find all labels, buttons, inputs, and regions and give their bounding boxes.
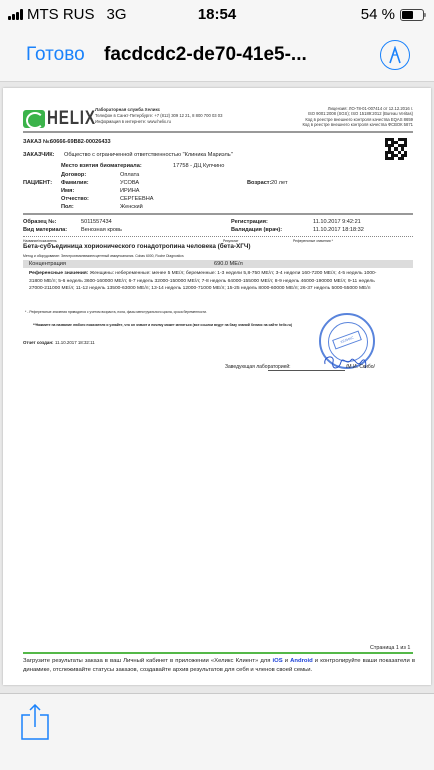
site-value: 17758 - ДЦ Купчино [173,163,224,169]
surname-label: Фамилия: [61,180,89,186]
report-created-value: 11.10.2017 18:32:11 [55,340,95,345]
sample-number-label: Образец №: [23,219,56,225]
signature-icon [321,350,371,374]
registration-label: Регистрация: [231,219,268,225]
footer-divider [23,652,413,654]
document-title: facdcdc2-de70-41e5-... [104,44,307,66]
signature-name: /М.И. Скибо/ [346,364,375,370]
contract-label: Договор: [61,172,86,178]
sex-value: Женский [120,204,143,210]
dotted-divider [23,236,413,237]
footnote-links: **Нажмите на название любого показателя … [33,323,292,327]
param-value: 690.0 МЕ/л [214,261,243,267]
age-label: Возраст: [247,180,271,186]
patronymic-label: Отчество: [61,196,89,202]
footnote-reference: * - Референсные значения приводятся с уч… [25,310,207,314]
header-divider [23,131,413,133]
qr-code-icon [385,138,407,160]
battery-percent: 54 % [361,6,395,23]
done-button[interactable]: Готово [26,44,85,66]
battery-icon [400,9,424,21]
ios-link[interactable]: iOS [273,658,283,664]
bottom-toolbar [0,693,434,770]
material-label: Вид материала: [23,227,67,233]
document-viewer[interactable]: HELIX Лабораторная служба Хеликс Телефон… [0,83,434,693]
app-promo: Загрузите результаты заказа в ваш Личный… [23,657,415,675]
order-number: 60666-69B82-00026433 [50,139,111,145]
contract-value: Оплата [120,172,139,178]
license-info: Лицензия: ЛО-78-01-007414 от 12.12.2016 … [302,106,413,127]
col-header-reference: Референсные значения * [293,239,333,243]
surname-value: УСОВА [120,180,139,186]
order-label: ЗАКАЗ №: [23,139,51,145]
markup-pen-icon[interactable] [380,40,410,70]
customer-value: Общество с ограниченной ответственностью… [64,152,233,158]
sample-number-value: 5011557434 [81,219,112,225]
reference-values: Референсные значения: Женщины: неберемен… [29,270,389,293]
validation-label: Валидация (врач): [231,227,282,233]
param-name[interactable]: Концентрация [29,261,66,267]
material-value: Венозная кровь [81,227,122,233]
helix-logo-icon [23,110,45,128]
site-label: Место взятия биоматериала: [61,163,142,169]
nav-bar: Готово facdcdc2-de70-41e5-... [0,30,434,82]
share-icon[interactable] [20,704,50,740]
customer-label: ЗАКАЗЧИК: [23,152,55,158]
sex-label: Пол: [61,204,74,210]
name-value: ИРИНА [120,188,140,194]
test-method: Метод и оборудование: Электрохемилюминес… [23,254,184,258]
registration-value: 11.10.2017 9:42:21 [313,219,361,225]
lab-header: HELIX Лабораторная служба Хеликс Телефон… [23,104,413,132]
patronymic-value: СЕРГЕЕВНА [120,196,154,202]
validation-value: 11.10.2017 18:18:32 [313,227,364,233]
lab-contacts: Лабораторная служба Хеликс Телефон в Сан… [95,107,222,125]
age-value: 20 лет [271,180,288,186]
page-number: Страница 1 из 1 [370,645,410,651]
name-label: Имя: [61,188,74,194]
report-created-label: Отчет создан: [23,340,53,345]
patient-divider [23,213,413,215]
status-bar: MTS RUS 3G 18:54 54 % [0,0,434,30]
pdf-page: HELIX Лабораторная служба Хеликс Телефон… [3,88,431,685]
patient-label: ПАЦИЕНТ: [23,180,52,186]
android-link[interactable]: Android [290,658,313,664]
test-title[interactable]: Бета-субъединица хорионического гонадотр… [23,243,251,250]
